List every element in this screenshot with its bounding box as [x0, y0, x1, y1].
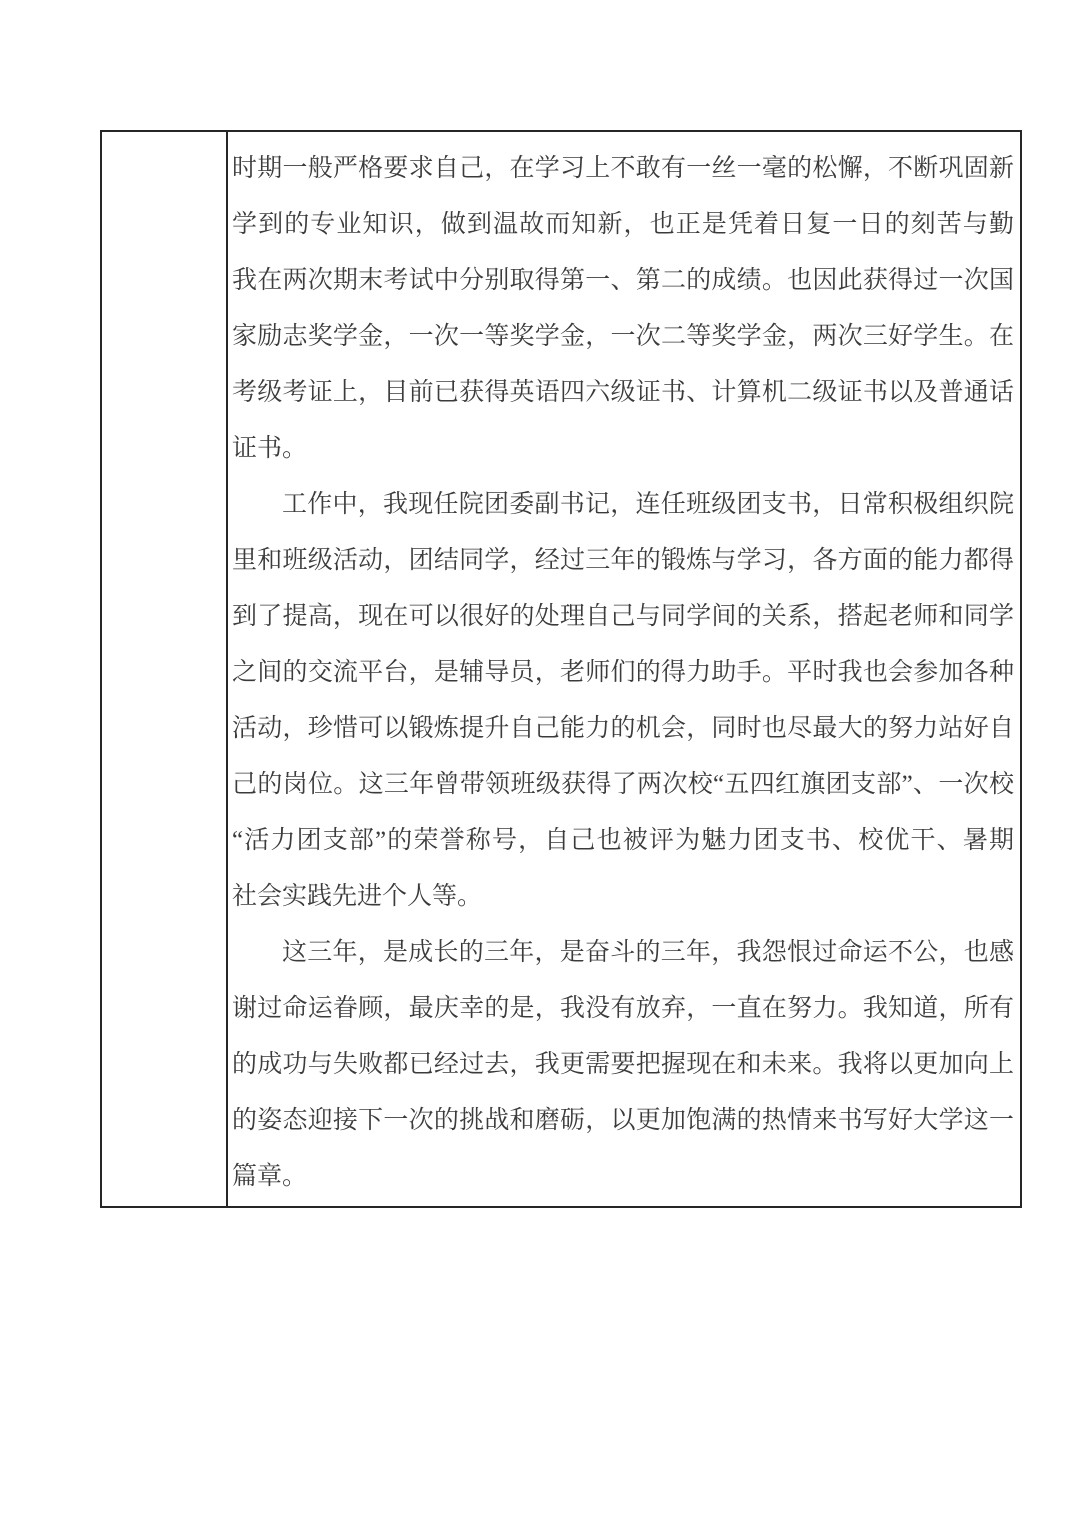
text-line: 之间的交流平台，是辅导员，老师们的得力助手。平时我也会参加各种 — [232, 645, 1014, 701]
text-line: 篇章。 — [232, 1149, 1014, 1205]
text-line: 我在两次期末考试中分别取得第一、第二的成绩。也因此获得过一次国 — [232, 253, 1014, 309]
text-line: 考级考证上，目前已获得英语四六级证书、计算机二级证书以及普通话 — [232, 365, 1014, 421]
label-cell-empty — [102, 132, 228, 1206]
text-line: 证书。 — [232, 421, 1014, 477]
text-line: 里和班级活动，团结同学，经过三年的锻炼与学习，各方面的能力都得 — [232, 533, 1014, 589]
text-line: “活力团支部”的荣誉称号，自己也被评为魅力团支书、校优干、暑期 — [232, 813, 1014, 869]
text-line: 时期一般严格要求自己，在学习上不敢有一丝一毫的松懈，不断巩固新 — [232, 141, 1014, 197]
text-line: 到了提高，现在可以很好的处理自己与同学间的关系，搭起老师和同学 — [232, 589, 1014, 645]
text-line: 学到的专业知识，做到温故而知新，也正是凭着日复一日的刻苦与勤奋， — [232, 197, 1014, 253]
document-page: 时期一般严格要求自己，在学习上不敢有一丝一毫的松懈，不断巩固新学到的专业知识，做… — [0, 0, 1080, 1528]
text-line: 社会实践先进个人等。 — [232, 869, 1014, 925]
content-cell: 时期一般严格要求自己，在学习上不敢有一丝一毫的松懈，不断巩固新学到的专业知识，做… — [228, 132, 1020, 1206]
text-line: 己的岗位。这三年曾带领班级获得了两次校“五四红旗团支部”、一次校 — [232, 757, 1014, 813]
text-line: 的姿态迎接下一次的挑战和磨砺，以更加饱满的热情来书写好大学这一 — [232, 1093, 1014, 1149]
text-line: 家励志奖学金，一次一等奖学金，一次二等奖学金，两次三好学生。在 — [232, 309, 1014, 365]
text-line: 谢过命运眷顾，最庆幸的是，我没有放弃，一直在努力。我知道，所有 — [232, 981, 1014, 1037]
text-line: 工作中，我现任院团委副书记，连任班级团支书，日常积极组织院 — [232, 477, 1014, 533]
text-line: 活动，珍惜可以锻炼提升自己能力的机会，同时也尽最大的努力站好自 — [232, 701, 1014, 757]
text-line: 的成功与失败都已经过去，我更需要把握现在和未来。我将以更加向上 — [232, 1037, 1014, 1093]
text-line: 这三年，是成长的三年，是奋斗的三年，我怨恨过命运不公，也感 — [232, 925, 1014, 981]
form-table: 时期一般严格要求自己，在学习上不敢有一丝一毫的松懈，不断巩固新学到的专业知识，做… — [100, 130, 1022, 1208]
